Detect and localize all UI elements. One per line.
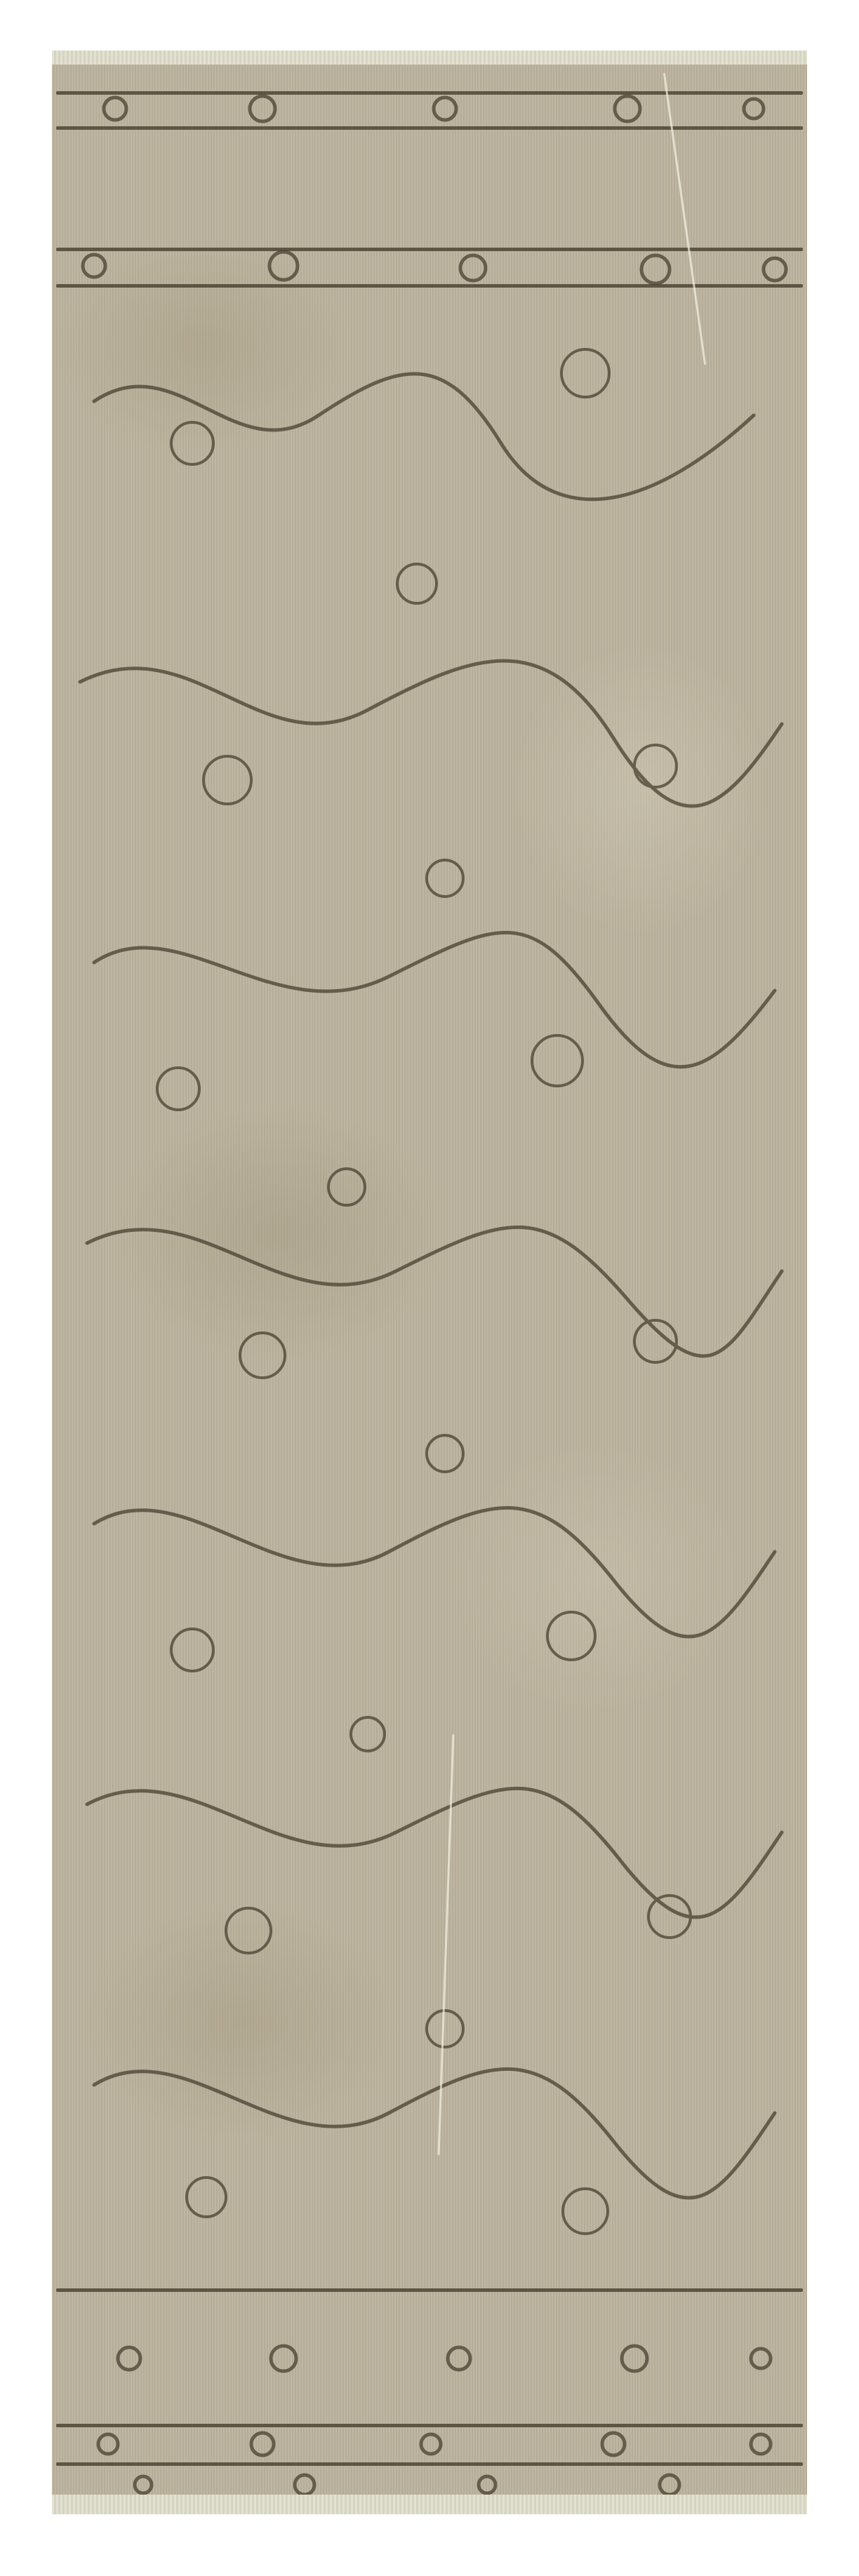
runner-rug bbox=[52, 51, 807, 2514]
bottom-kilim-end bbox=[52, 2495, 807, 2514]
floral-pattern bbox=[52, 51, 807, 2514]
